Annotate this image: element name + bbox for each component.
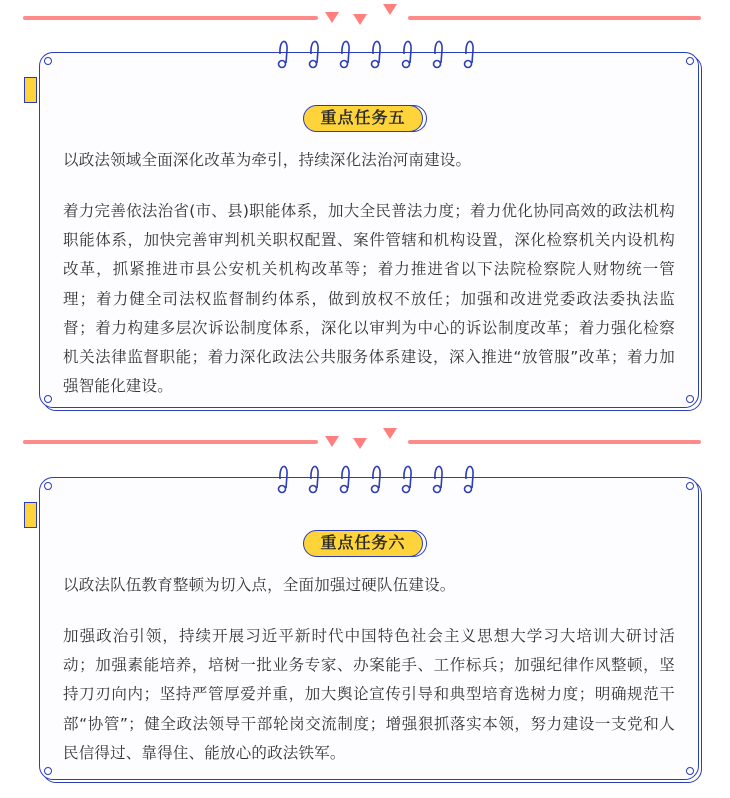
divider-line-left bbox=[23, 16, 318, 20]
divider-line-right bbox=[408, 16, 701, 20]
binder-rings bbox=[276, 461, 476, 497]
triangle-down-icon bbox=[353, 438, 367, 449]
divider-line-left bbox=[23, 440, 318, 444]
corner-hole-icon bbox=[44, 57, 52, 65]
corner-hole-icon bbox=[686, 482, 694, 490]
triangle-down-icon bbox=[325, 12, 339, 23]
corner-hole-icon bbox=[44, 395, 52, 403]
corner-hole-icon bbox=[44, 482, 52, 490]
corner-hole-icon bbox=[686, 57, 694, 65]
section-divider bbox=[23, 428, 701, 452]
section-title-badge: 重点任务五 bbox=[303, 105, 423, 132]
section-title: 重点任务六 bbox=[303, 530, 423, 557]
section-intro: 以政法领域全面深化改革为牵引，持续深化法治河南建设。 bbox=[63, 148, 471, 170]
corner-hole-icon bbox=[44, 767, 52, 775]
binder-rings bbox=[276, 36, 476, 72]
task-card-5: 重点任务五 以政法领域全面深化改革为牵引，持续深化法治河南建设。 着力完善依法治… bbox=[39, 52, 699, 408]
section-body: 着力完善依法治省(市、县)职能体系，加大全民普法力度；着力优化协同高效的政法机构… bbox=[63, 197, 675, 401]
side-tab-marker bbox=[24, 502, 37, 528]
corner-hole-icon bbox=[686, 395, 694, 403]
triangle-down-icon bbox=[383, 4, 397, 15]
section-divider bbox=[23, 4, 701, 28]
binder-ring-icon bbox=[276, 36, 476, 72]
section-title-badge: 重点任务六 bbox=[303, 530, 423, 557]
divider-line-right bbox=[408, 440, 701, 444]
corner-hole-icon bbox=[686, 767, 694, 775]
triangle-down-icon bbox=[325, 436, 339, 447]
section-intro: 以政法队伍教育整顿为切入点，全面加强过硬队伍建设。 bbox=[63, 573, 456, 595]
task-card-6: 重点任务六 以政法队伍教育整顿为切入点，全面加强过硬队伍建设。 加强政治引领，持… bbox=[39, 477, 699, 780]
binder-ring-icon bbox=[276, 461, 476, 497]
triangle-down-icon bbox=[383, 428, 397, 439]
section-title: 重点任务五 bbox=[303, 105, 423, 132]
triangle-down-icon bbox=[353, 14, 367, 25]
section-body: 加强政治引领，持续开展习近平新时代中国特色社会主义思想大学习大培训大研讨活动；加… bbox=[63, 622, 675, 768]
side-tab-marker bbox=[24, 77, 37, 103]
